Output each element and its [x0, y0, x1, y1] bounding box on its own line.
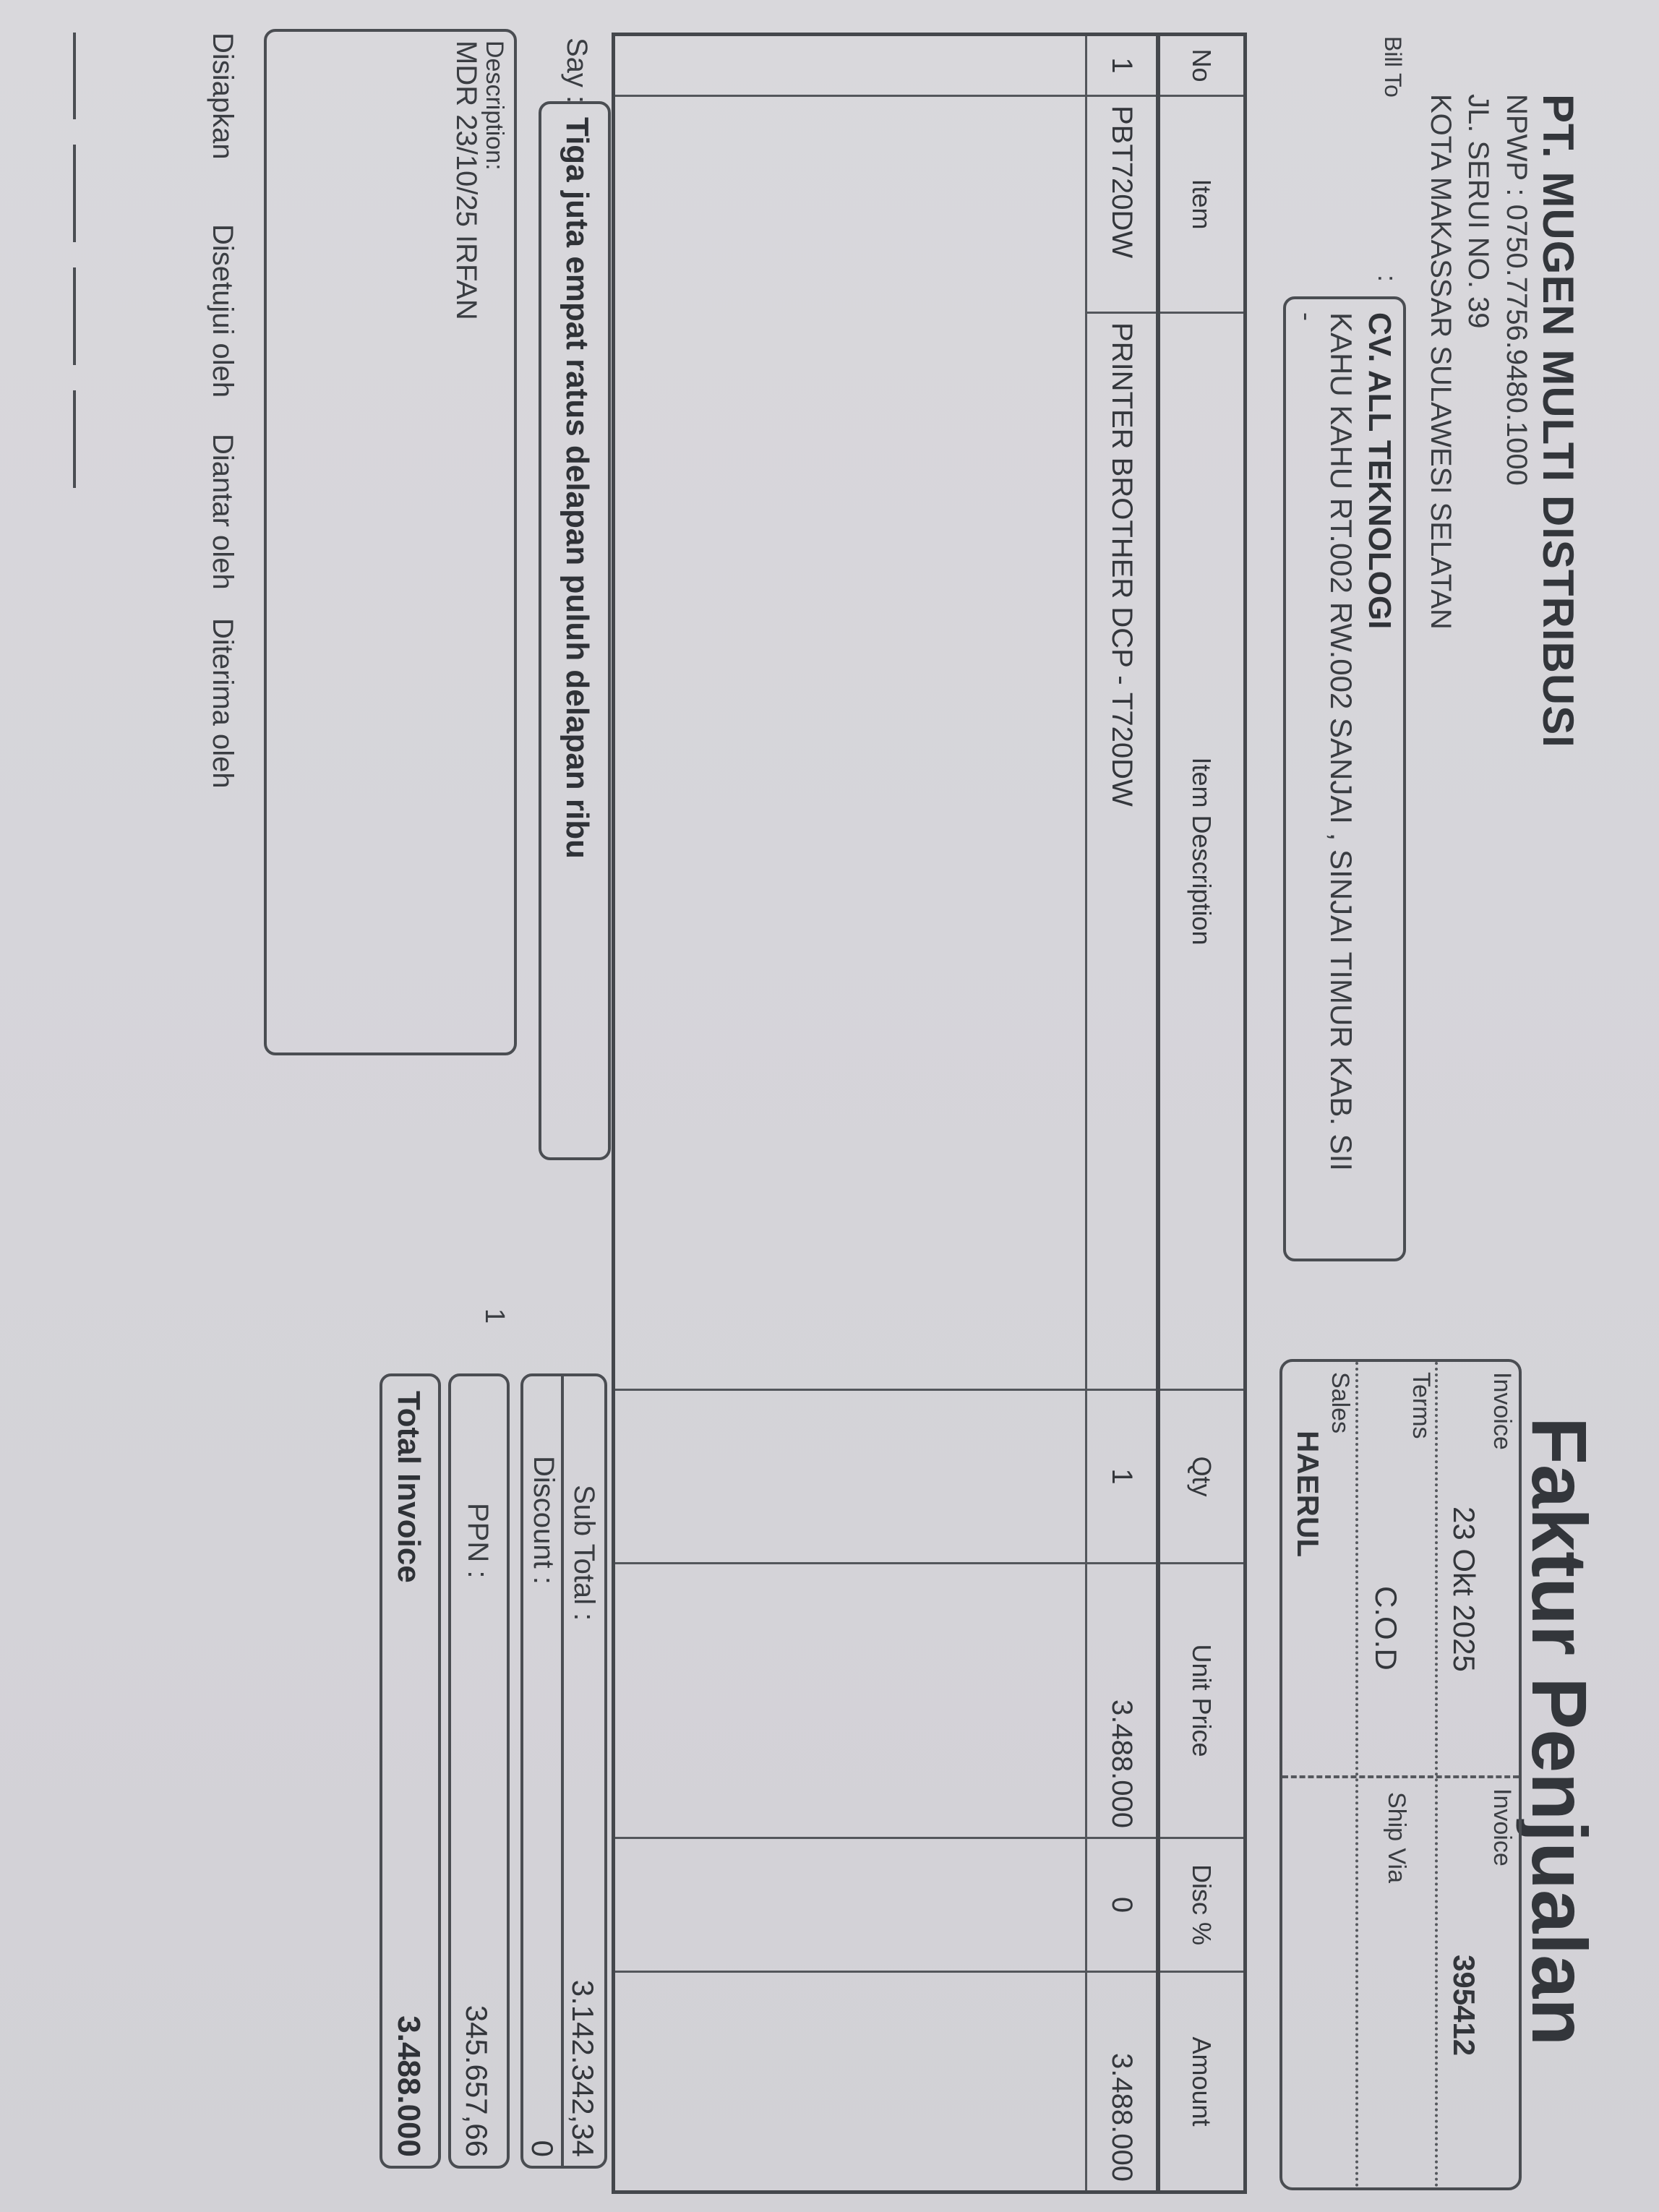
terms-value: C.O.D: [1368, 1586, 1403, 1671]
total-invoice-value: 3.488.000: [390, 2015, 426, 2157]
ppn-label: PPN :: [461, 1503, 494, 1578]
cell-amount: 3.488.000: [1086, 1972, 1159, 2192]
ship-via-label: Ship Via: [1382, 1792, 1410, 1883]
description-box: Description: MDR 23/10/25 IRFAN: [264, 29, 517, 1055]
subtotal-value: 3.142.342,34: [565, 1980, 600, 2157]
say-box: Tiga juta empat ratus delapan puluh dela…: [539, 101, 611, 1160]
terms-label: Terms: [1407, 1372, 1435, 1439]
ppn-box: PPN : 345.657,66: [448, 1373, 510, 2169]
invoice-number-value: 395412: [1446, 1955, 1481, 2056]
page-number: 1: [479, 1308, 510, 1324]
col-header-description: Item Description: [1158, 313, 1246, 1390]
cell-qty: 1: [1086, 1390, 1159, 1564]
signature-line-delivered: [73, 267, 76, 365]
bill-to-extra: -: [1292, 312, 1322, 321]
col-header-no: No: [1158, 35, 1246, 96]
table-empty-area: [614, 35, 1086, 2192]
document-title: Faktur Penjualan: [1514, 1417, 1605, 2046]
discount-label: Discount :: [527, 1456, 560, 1585]
signature-label-prepared: Disiapkan: [206, 33, 239, 160]
col-header-item: Item: [1158, 96, 1246, 313]
items-table: No Item Item Description Qty Unit Price …: [612, 33, 1247, 2194]
bill-to-address: KAHU KAHU RT.002 RW.002 SANJAI , SINJAI …: [1324, 312, 1358, 1171]
bill-to-box: CV. ALL TEKNOLOGI KAHU KAHU RT.002 RW.00…: [1283, 296, 1406, 1261]
signature-line-approved: [73, 145, 76, 242]
col-header-disc: Disc %: [1158, 1838, 1246, 1972]
signature-label-received: Diterima oleh: [206, 618, 239, 789]
total-invoice-box: Total Invoice 3.488.000: [380, 1373, 441, 2169]
description-text: MDR 23/10/25 IRFAN: [450, 40, 482, 320]
subtotal-label: Sub Total :: [567, 1485, 600, 1621]
invoice-paper: PT. MUGEN MULTI DISTRIBUSI NPWP : 0750.7…: [0, 0, 1659, 2212]
say-label: Say :: [560, 38, 593, 103]
invoice-number-label: Invoice: [1488, 1788, 1516, 1866]
signature-label-delivered: Diantar oleh: [206, 434, 239, 590]
description-label: Description:: [480, 40, 508, 171]
invoice-info-box: Invoice 23 Okt 2025 Invoice 395412 Terms…: [1279, 1359, 1522, 2190]
cell-item: PBT720DW: [1086, 96, 1159, 313]
table-header-row: No Item Item Description Qty Unit Price …: [1158, 35, 1246, 2192]
table-row: 1 PBT720DW PRINTER BROTHER DCP - T720DW …: [1086, 35, 1159, 2192]
col-header-unit-price: Unit Price: [1158, 1564, 1246, 1838]
sales-value: HAERUL: [1290, 1431, 1325, 1557]
cell-unit-price: 3.488.000: [1086, 1564, 1159, 1838]
invoice-date-label: Invoice: [1488, 1372, 1516, 1450]
info-divider-2: [1355, 1362, 1358, 2187]
info-divider-1: [1435, 1362, 1438, 2187]
company-npwp: NPWP : 0750.7756.9480.1000: [1500, 94, 1532, 486]
cell-description: PRINTER BROTHER DCP - T720DW: [1086, 313, 1159, 1390]
invoice-date-value: 23 Okt 2025: [1446, 1506, 1481, 1672]
discount-value: 0: [525, 2140, 560, 2157]
subtotal-box: Sub Total : 3.142.342,34 Discount : 0: [520, 1373, 607, 2169]
info-vertical-divider: [1282, 1775, 1519, 1778]
amount-in-words: Tiga juta empat ratus delapan puluh dela…: [559, 117, 595, 859]
bill-to-colon: :: [1372, 275, 1402, 282]
bill-to-name: CV. ALL TEKNOLOGI: [1361, 312, 1397, 629]
sales-label: Sales: [1326, 1372, 1354, 1433]
total-invoice-label: Total Invoice: [390, 1391, 426, 1583]
cell-disc: 0: [1086, 1838, 1159, 1972]
col-header-amount: Amount: [1158, 1972, 1246, 2192]
cell-no: 1: [1086, 35, 1159, 96]
company-address-line2: KOTA MAKASSAR SULAWESI SELATAN: [1424, 94, 1457, 630]
company-address-line1: JL. SERUI NO. 39: [1462, 94, 1494, 329]
company-name: PT. MUGEN MULTI DISTRIBUSI: [1533, 94, 1583, 748]
bill-to-label: Bill To: [1379, 36, 1406, 98]
signature-line-received: [73, 390, 76, 488]
col-header-qty: Qty: [1158, 1390, 1246, 1564]
ppn-value: 345.657,66: [459, 2005, 494, 2157]
signature-line-prepared: [73, 33, 76, 119]
signature-label-approved: Disetujui oleh: [206, 224, 239, 398]
